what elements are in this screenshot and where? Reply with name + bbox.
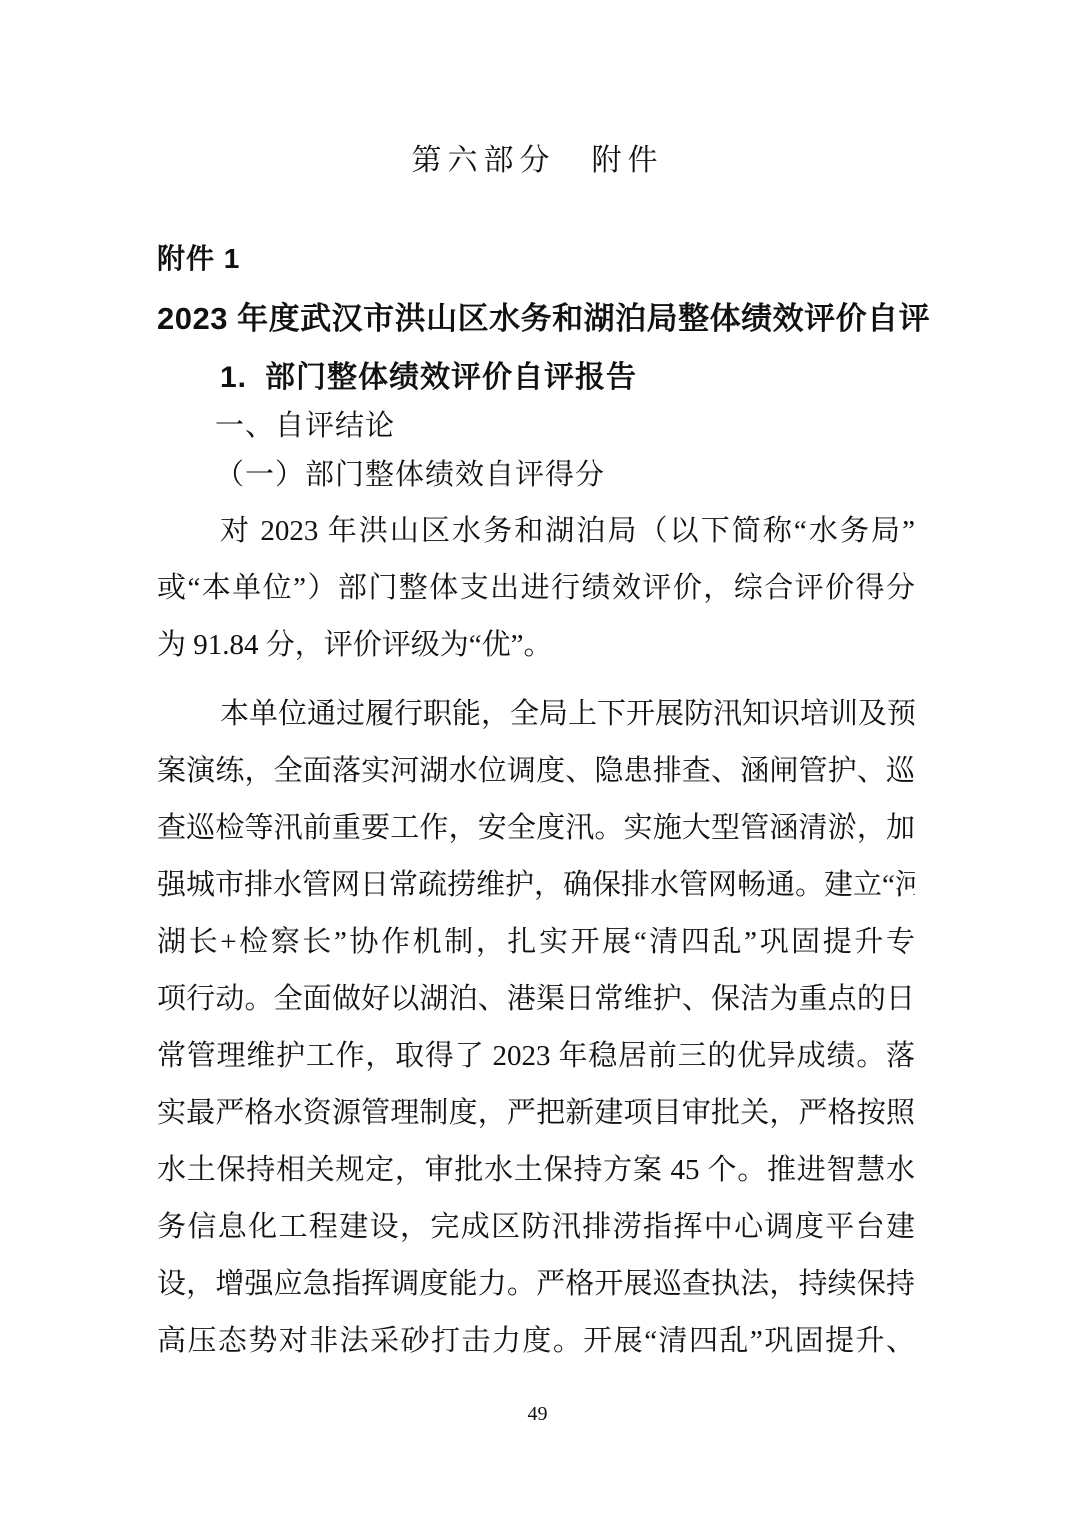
text-line: 高压态势对非法采砂打击力度。开展“清四乱”巩固提升、 bbox=[157, 1313, 915, 1370]
subsection-heading-overall-performance-score: （一）部门整体绩效自评得分 bbox=[157, 452, 605, 493]
document-section-title: 第六部分 附件 bbox=[0, 135, 1075, 179]
text-line: 设，增强应急指挥调度能力。严格开展巡查执法，持续保持 bbox=[157, 1256, 915, 1313]
document-page: 第六部分 附件 附件 1 2023 年度武汉市洪山区水务和湖泊局整体绩效评价自评… bbox=[0, 0, 1075, 1520]
paragraph-duties-summary: 本单位通过履行职能，全局上下开展防汛知识培训及预案演练，全面落实河湖水位调度、隐… bbox=[157, 686, 915, 1370]
text-line: 水土保持相关规定，审批水土保持方案 45 个。推进智慧水 bbox=[157, 1142, 915, 1199]
report-heading-number: 1. bbox=[220, 361, 247, 395]
attachment-title: 2023 年度武汉市洪山区水务和湖泊局整体绩效评价自评 bbox=[157, 293, 917, 338]
text-line: 为 91.84 分，评价评级为“优”。 bbox=[157, 617, 915, 674]
text-line: 强城市排水管网日常疏捞维护，确保排水管网畅通。建立“河 bbox=[157, 857, 915, 914]
text-line: 或“本单位”）部门整体支出进行绩效评价，综合评价得分 bbox=[157, 560, 915, 617]
text-line: 对 2023 年洪山区水务和湖泊局（以下简称“水务局” bbox=[157, 503, 915, 560]
report-heading: 1.部门整体绩效评价自评报告 bbox=[157, 352, 637, 396]
text-line: 务信息化工程建设，完成区防汛排涝指挥中心调度平台建 bbox=[157, 1199, 915, 1256]
page-number: 49 bbox=[0, 1403, 1075, 1426]
text-line: 案演练，全面落实河湖水位调度、隐患排查、涵闸管护、巡 bbox=[157, 743, 915, 800]
text-line: 湖长+检察长”协作机制，扎实开展“清四乱”巩固提升专 bbox=[157, 914, 915, 971]
section-heading-self-evaluation-conclusion: 一、自评结论 bbox=[157, 403, 395, 444]
text-line: 查巡检等汛前重要工作，安全度汛。实施大型管涵清淤，加 bbox=[157, 800, 915, 857]
attachment-label: 附件 1 bbox=[157, 237, 240, 277]
text-line: 项行动。全面做好以湖泊、港渠日常维护、保洁为重点的日 bbox=[157, 971, 915, 1028]
text-line: 常管理维护工作，取得了 2023 年稳居前三的优异成绩。落 bbox=[157, 1028, 915, 1085]
report-heading-text: 部门整体绩效评价自评报告 bbox=[265, 361, 637, 394]
text-line: 实最严格水资源管理制度，严把新建项目审批关，严格按照 bbox=[157, 1085, 915, 1142]
paragraph-evaluation-score: 对 2023 年洪山区水务和湖泊局（以下简称“水务局”或“本单位”）部门整体支出… bbox=[157, 503, 915, 674]
text-line: 本单位通过履行职能，全局上下开展防汛知识培训及预 bbox=[157, 686, 915, 743]
